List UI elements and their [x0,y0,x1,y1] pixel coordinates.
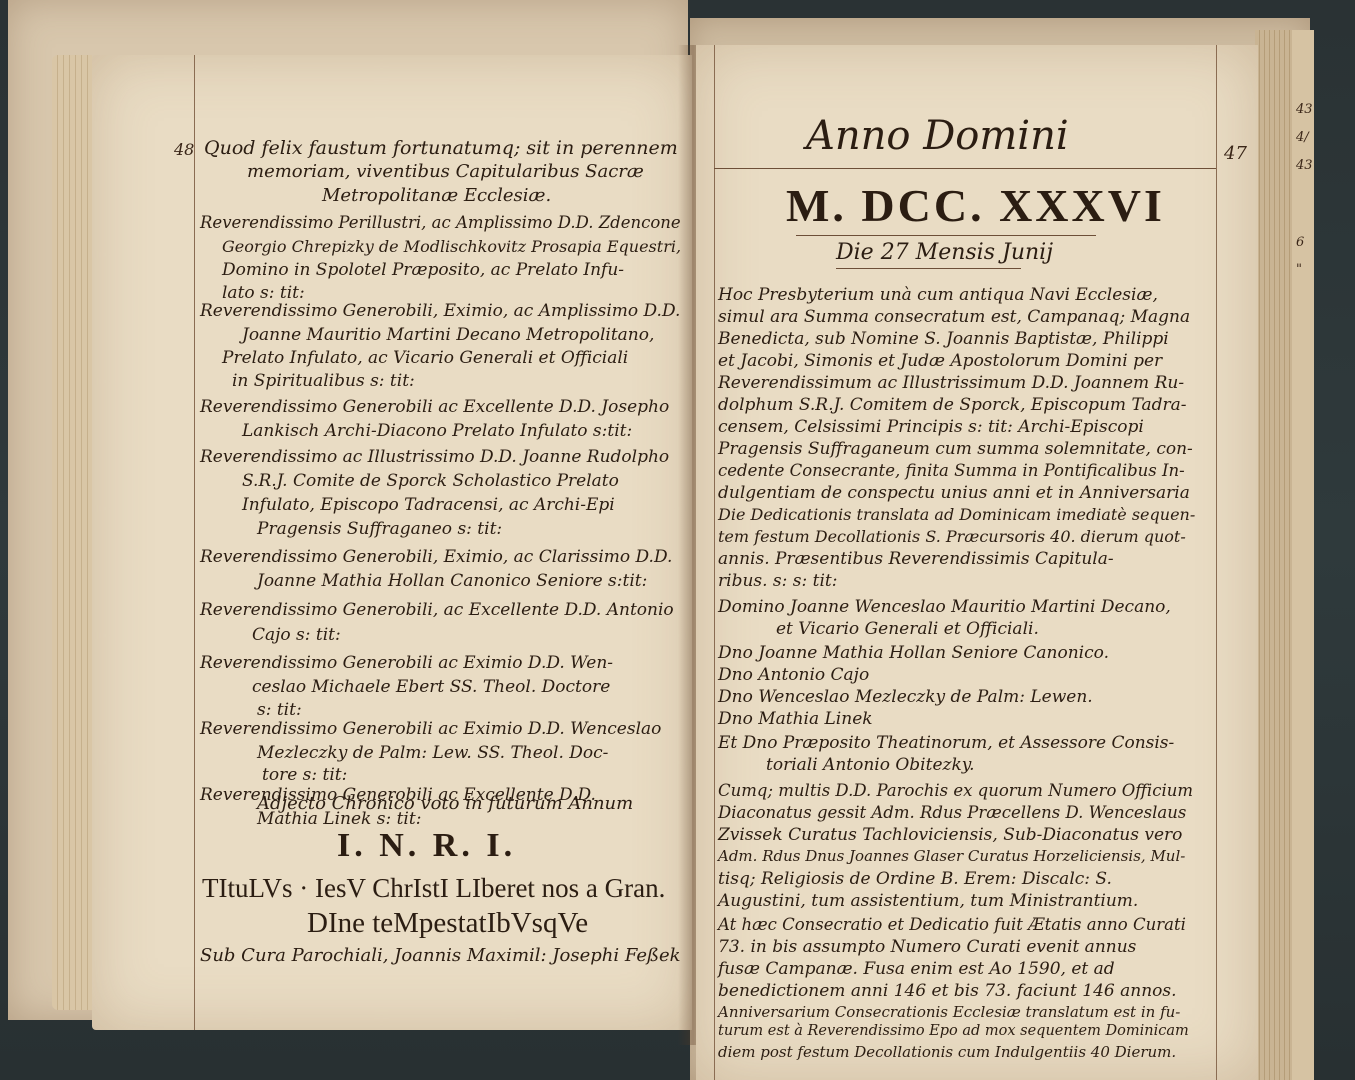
text-line: cedente Consecrante, finita Summa in Pon… [718,461,1185,480]
text-line: Adm. Rdus Dnus Joannes Glaser Curatus Ho… [718,847,1185,865]
inri-heading: I. N. R. I. [337,827,516,865]
date-heading: Die 27 Mensis Junij [836,240,1053,265]
left-page: 48 Quod felix faustum fortunatumq; sit i… [92,55,692,1030]
text-line: At hæc Consecratio et Dedicatio fuit Æta… [718,915,1186,934]
text-line: Cajo s: tit: [252,625,341,645]
text-line: Lankisch Archi-Diacono Prelato Infulato … [242,421,632,441]
edge-tab-mark: 6 [1296,235,1304,250]
folio-number: 48 [174,140,194,159]
edge-tab-mark: 4/ [1296,130,1309,145]
margin-rule-left [714,45,715,1080]
text-line: Hoc Presbyterium unà cum antiqua Navi Ec… [718,285,1158,305]
text-line: Reverendissimo Generobili ac Eximio D.D.… [200,653,613,673]
text-line: Dno Antonio Cajo [718,665,869,685]
text-line: Die Dedicationis translata ad Dominicam … [718,505,1195,524]
folio-number: 47 [1224,143,1247,164]
text-line: lato s: tit: [222,283,305,303]
text-line: Domino Joanne Wenceslao Mauritio Martini… [718,597,1171,617]
text-line: et Jacobi, Simonis et Judæ Apostolorum D… [718,351,1162,371]
text-line: dulgentiam de conspectu unius anni et in… [718,483,1190,503]
text-line: Pragensis Suffraganeum cum summa solemni… [718,439,1193,459]
edge-tab-mark: 43 [1296,102,1313,117]
edge-tab-mark: 43 [1296,158,1313,173]
text-line: Joanne Mauritio Martini Decano Metropoli… [242,325,654,345]
text-line: Mezleczky de Palm: Lew. SS. Theol. Doc- [257,743,608,763]
text-line: Pragensis Suffraganeo s: tit: [257,519,502,539]
text-line: Quod felix faustum fortunatumq; sit in p… [204,137,678,159]
text-line: Reverendissimo ac Illustrissimo D.D. Joa… [200,447,669,467]
text-line: Metropolitanæ Ecclesiæ. [322,185,551,206]
text-line: Reverendissimum ac Illustrissimum D.D. J… [718,373,1184,393]
chronogram-line-2: DIne teMpestatIbVsqVe [307,907,588,940]
text-line: Georgio Chrepizky de Modlischkovitz Pros… [222,237,681,256]
text-line: Dno Wenceslao Mezleczky de Palm: Lewen. [718,687,1093,707]
text-line: benedictionem anni 146 et bis 73. faciun… [718,981,1177,1001]
text-line: Reverendissimo Generobili, Eximio, ac Cl… [200,547,672,567]
year-underline [796,235,1096,236]
text-line: diem post festum Decollationis cum Indul… [718,1043,1176,1061]
year-heading: M. DCC. XXXVI [786,179,1165,232]
text-line: ribus. s: s: tit: [718,571,837,591]
heading-rule [714,168,1216,169]
text-line: tem festum Decollationis S. Præcursoris … [718,527,1186,546]
text-line: Domino in Spolotel Præposito, ac Prelato… [222,260,624,280]
text-line: tisq; Religiosis de Ordine B. Erem: Disc… [718,869,1112,889]
text-line: Diaconatus gessit Adm. Rdus Præcellens D… [718,803,1186,822]
text-line: turum est à Reverendissimo Epo ad mox se… [718,1023,1189,1039]
date-underline [836,268,1021,269]
anno-domini-heading: Anno Domini [806,113,1069,159]
text-line: censem, Celsissimi Principis s: tit: Arc… [718,417,1144,437]
page-stack-edge-left [52,55,92,1010]
text-line: s: tit: [257,700,302,720]
text-line: 73. in bis assumpto Numero Curati evenit… [718,937,1136,957]
text-line: Reverendissimo Generobili ac Eximio D.D.… [200,719,661,739]
text-line: fusæ Campanæ. Fusa enim est Ao 1590, et … [718,959,1115,979]
text-line: memoriam, viventibus Capitularibus Sacræ [247,161,644,182]
text-line: ceslao Michaele Ebert SS. Theol. Doctore [252,677,610,697]
text-line: Benedicta, sub Nomine S. Joannis Baptist… [718,329,1169,349]
text-line: Reverendissimo Perillustri, ac Amplissim… [200,213,681,232]
adjecto-line: Adjecto Chronico voto in futurum Annum [257,793,633,814]
text-line: Dno Joanne Mathia Hollan Seniore Canonic… [718,643,1109,663]
chronogram-line-1: TItuLVs · IesV ChrIstI LIberet nos a Gra… [202,873,665,904]
text-line: dolphum S.R.J. Comitem de Sporck, Episco… [718,395,1187,415]
text-line: simul ara Summa consecratum est, Campana… [718,307,1190,327]
text-line: Joanne Mathia Hollan Canonico Seniore s:… [257,571,647,591]
edge-tab-strip: 43 4/ 43 6 " [1292,30,1314,1080]
text-line: annis. Præsentibus Reverendissimis Capit… [718,549,1114,569]
text-line: in Spiritualibus s: tit: [232,371,415,391]
text-line: Reverendissimo Generobili, ac Excellente… [200,600,674,620]
text-line: Reverendissimo Generobili ac Excellente … [200,397,669,417]
text-line: Anniversarium Consecrationis Ecclesiæ tr… [718,1003,1180,1021]
text-line: Reverendissimo Generobili, Eximio, ac Am… [200,301,680,321]
text-line: Prelato Infulato, ac Vicario Generali et… [222,348,628,368]
text-line: et Vicario Generali et Officiali. [776,619,1039,639]
text-line: Zvissek Curatus Tachloviciensis, Sub-Dia… [718,825,1182,845]
text-line: Infulato, Episcopo Tadracensi, ac Archi-… [242,495,615,515]
right-page: 47 Anno Domini M. DCC. XXXVI Die 27 Mens… [696,45,1258,1080]
text-line: S.R.J. Comite de Sporck Scholastico Prel… [242,471,619,491]
subscription-line: Sub Cura Parochiali, Joannis Maximil: Jo… [200,945,681,966]
text-line: tore s: tit: [262,765,347,785]
margin-rule-right [1216,45,1217,1080]
margin-rule [194,55,195,1030]
text-line: Augustini, tum assistentium, tum Ministr… [718,891,1138,911]
text-line: toriali Antonio Obitezky. [766,755,975,775]
text-line: Dno Mathia Linek [718,709,873,729]
edge-tab-mark: " [1296,262,1302,277]
text-line: Et Dno Præposito Theatinorum, et Assesso… [718,733,1174,753]
text-line: Cumq; multis D.D. Parochis ex quorum Num… [718,781,1193,800]
